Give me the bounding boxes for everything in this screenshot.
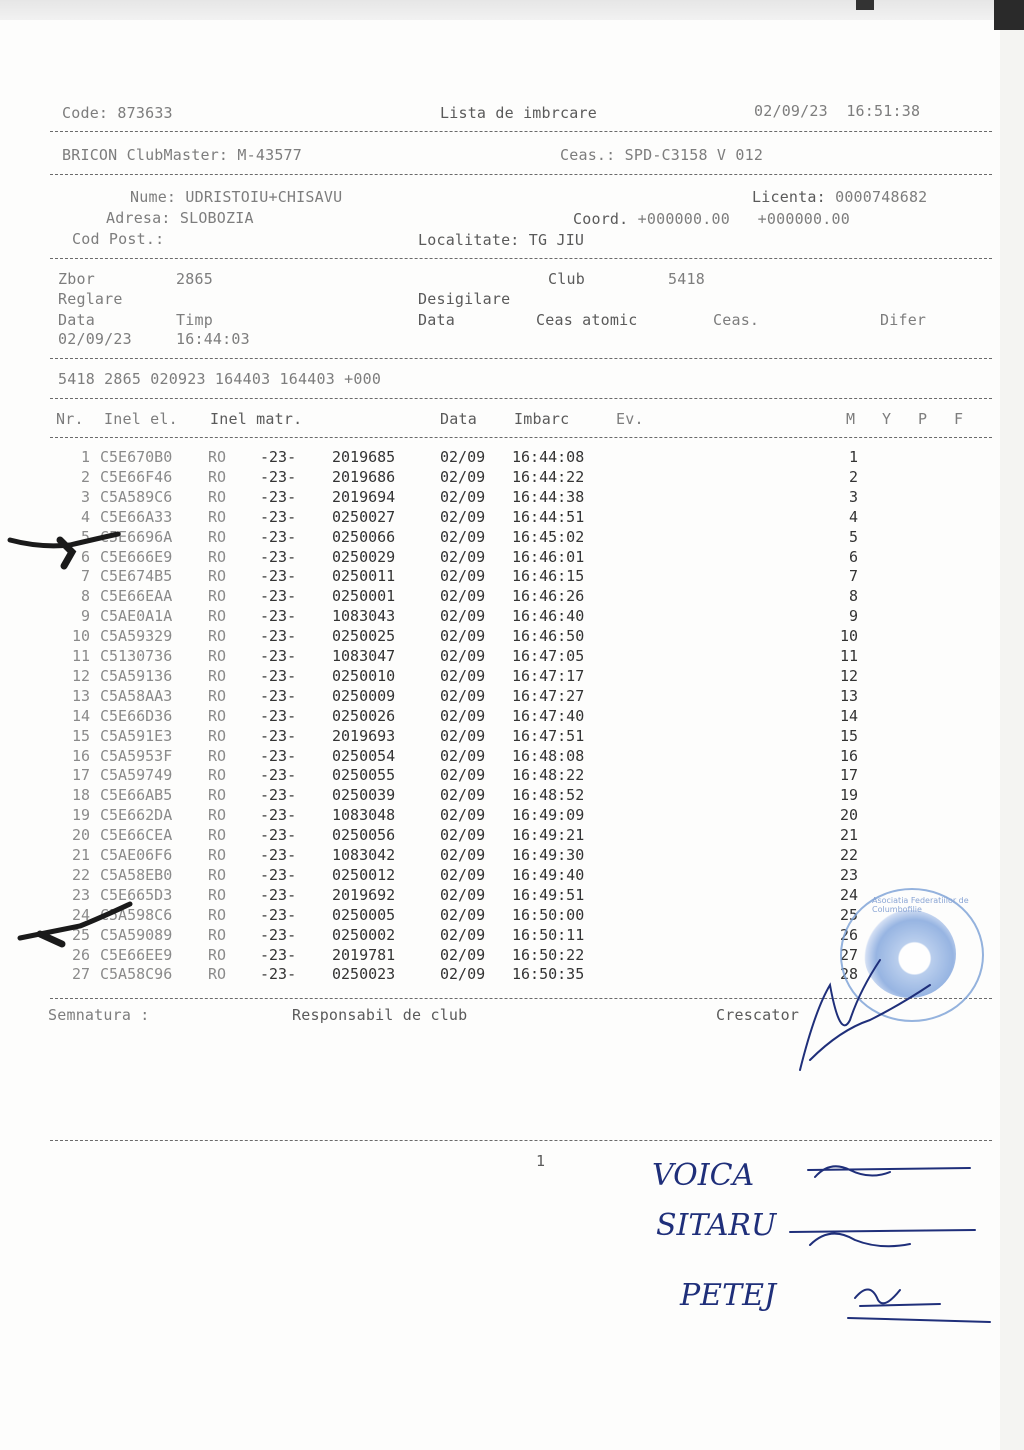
basket-date: 02/09 [440,548,485,566]
electronic-ring: C5130736 [100,647,172,665]
ring-year: -23- [260,448,296,466]
m-value: 13 [828,687,858,705]
country-code: RO [208,786,226,804]
setting-label: Reglare [58,290,123,308]
electronic-ring: C5E666E9 [100,548,172,566]
country-code: RO [208,567,226,585]
row-number: 4 [50,508,90,526]
basket-date: 02/09 [440,946,485,964]
ring-number: 2019686 [332,468,395,486]
row-number: 1 [50,448,90,466]
ring-number: 0250026 [332,707,395,725]
license-line: Licenta: 0000748682 [752,188,927,206]
ring-year: -23- [260,926,296,944]
code-label: Code: [62,104,108,122]
col-header-ev: Ev. [616,410,644,428]
ring-year: -23- [260,567,296,585]
basket-date: 02/09 [440,488,485,506]
ring-year: -23- [260,627,296,645]
ring-number: 2019781 [332,946,395,964]
basket-date: 02/09 [440,627,485,645]
signature-label: Semnatura : [48,1006,150,1024]
license-value: 0000748682 [835,188,927,206]
basket-time: 16:47:27 [512,687,584,705]
basket-time: 16:49:30 [512,846,584,864]
electronic-ring: C5E66A33 [100,508,172,526]
ring-year: -23- [260,747,296,765]
ring-number: 0250011 [332,567,395,585]
basket-date: 02/09 [440,528,485,546]
country-code: RO [208,548,226,566]
clock-label: Ceas.: [560,146,615,164]
row-number: 16 [50,747,90,765]
electronic-ring: C5E66AB5 [100,786,172,804]
basket-time: 16:49:09 [512,806,584,824]
row-number: 7 [50,567,90,585]
address-value: SLOBOZIA [180,209,254,227]
row-number: 8 [50,587,90,605]
row-number: 24 [50,906,90,924]
handwritten-name-1: VOICA [652,1158,754,1193]
ring-year: -23- [260,965,296,983]
basket-time: 16:47:05 [512,647,584,665]
club-responsible-label: Responsabil de club [292,1006,467,1024]
row-number: 18 [50,786,90,804]
ring-number: 0250066 [332,528,395,546]
device-value: M-43577 [237,146,302,164]
ring-year: -23- [260,548,296,566]
ring-year: -23- [260,528,296,546]
owner-name-label: Nume: [130,188,176,206]
row-number: 6 [50,548,90,566]
row-number: 2 [50,468,90,486]
col-header-p: P [918,410,927,428]
unseal-date-label: Data [418,311,455,329]
ring-number: 0250029 [332,548,395,566]
ring-year: -23- [260,687,296,705]
setting-date-label: Data [58,311,95,329]
basket-time: 16:46:26 [512,587,584,605]
col-header-date: Data [440,410,477,428]
ring-number: 2019692 [332,886,395,904]
ring-number: 0250039 [332,786,395,804]
club-value: 5418 [668,270,705,288]
basket-time: 16:47:40 [512,707,584,725]
basket-date: 02/09 [440,667,485,685]
ring-year: -23- [260,488,296,506]
ring-number: 0250002 [332,926,395,944]
electronic-ring: C5A598C6 [100,906,172,924]
row-number: 15 [50,727,90,745]
m-value: 22 [828,846,858,864]
basket-time: 16:44:51 [512,508,584,526]
ring-year: -23- [260,468,296,486]
divider [50,131,992,132]
basket-date: 02/09 [440,965,485,983]
m-value: 24 [828,886,858,904]
print-time: 16:51:38 [846,102,920,120]
basket-time: 16:50:22 [512,946,584,964]
clock-value: SPD-C3158 V 012 [625,146,763,164]
electronic-ring: C5AE06F6 [100,846,172,864]
basket-date: 02/09 [440,707,485,725]
country-code: RO [208,946,226,964]
difference-label: Difer [880,311,926,329]
row-number: 10 [50,627,90,645]
basket-date: 02/09 [440,906,485,924]
m-value: 9 [828,607,858,625]
col-header-ring-matr: Inel matr. [210,410,302,428]
ring-year: -23- [260,508,296,526]
postal-line: Cod Post.: [72,230,174,248]
basket-date: 02/09 [440,826,485,844]
ring-year: -23- [260,806,296,824]
ring-number: 1083042 [332,846,395,864]
address-line: Adresa: SLOBOZIA [106,209,254,227]
row-number: 20 [50,826,90,844]
basket-date: 02/09 [440,647,485,665]
m-value: 3 [828,488,858,506]
electronic-ring: C5A58C96 [100,965,172,983]
ring-number: 2019685 [332,448,395,466]
m-value: 2 [828,468,858,486]
electronic-ring: C5A59089 [100,926,172,944]
country-code: RO [208,846,226,864]
ring-number: 0250005 [332,906,395,924]
print-date: 02/09/23 [754,102,828,120]
divider [50,174,992,175]
country-code: RO [208,886,226,904]
col-header-y: Y [882,410,891,428]
basket-time: 16:46:50 [512,627,584,645]
electronic-ring: C5E662DA [100,806,172,824]
stamp-emblem-icon [864,910,956,998]
basket-date: 02/09 [440,508,485,526]
m-value: 23 [828,866,858,884]
m-value: 1 [828,448,858,466]
ring-number: 1083048 [332,806,395,824]
electronic-ring: C5A5953F [100,747,172,765]
row-number: 12 [50,667,90,685]
m-value: 20 [828,806,858,824]
country-code: RO [208,926,226,944]
ring-year: -23- [260,707,296,725]
country-code: RO [208,826,226,844]
license-label: Licenta: [752,188,826,206]
row-number: 27 [50,965,90,983]
ring-year: -23- [260,667,296,685]
coord-lon: +000000.00 [758,210,850,228]
ring-year: -23- [260,946,296,964]
scan-edge-shadow [994,0,1024,30]
print-timestamp: 02/09/23 16:51:38 [754,102,920,120]
setting-time: 16:44:03 [176,330,250,348]
electronic-ring: C5A59136 [100,667,172,685]
basket-time: 16:47:51 [512,727,584,745]
device-line: BRICON ClubMaster: M-43577 [62,146,302,164]
basket-time: 16:50:35 [512,965,584,983]
owner-name-line: Nume: UDRISTOIU+CHISAVU [130,188,342,206]
electronic-ring: C5E66D36 [100,707,172,725]
basket-date: 02/09 [440,866,485,884]
divider [50,258,992,259]
basket-date: 02/09 [440,607,485,625]
country-code: RO [208,687,226,705]
divider [50,358,992,359]
col-header-basketing: Imbarc [514,410,569,428]
ring-year: -23- [260,906,296,924]
m-value: 19 [828,786,858,804]
basket-date: 02/09 [440,846,485,864]
ring-year: -23- [260,587,296,605]
country-code: RO [208,965,226,983]
flight-value: 2865 [176,270,213,288]
basket-date: 02/09 [440,567,485,585]
m-value: 8 [828,587,858,605]
col-header-f: F [954,410,963,428]
ring-year: -23- [260,846,296,864]
ring-year: -23- [260,727,296,745]
row-number: 23 [50,886,90,904]
ring-number: 0250012 [332,866,395,884]
basket-time: 16:49:21 [512,826,584,844]
country-code: RO [208,468,226,486]
ring-year: -23- [260,766,296,784]
country-code: RO [208,766,226,784]
divider [50,437,992,438]
device-label: BRICON ClubMaster: [62,146,228,164]
basket-date: 02/09 [440,468,485,486]
country-code: RO [208,707,226,725]
electronic-ring: C5E66CEA [100,826,172,844]
m-value: 14 [828,707,858,725]
coord-lat: +000000.00 [638,210,730,228]
postal-label: Cod Post.: [72,230,164,248]
ring-year: -23- [260,607,296,625]
basket-time: 16:48:08 [512,747,584,765]
country-code: RO [208,866,226,884]
ring-number: 1083047 [332,647,395,665]
col-header-ring-el: Inel el. [104,410,178,428]
country-code: RO [208,806,226,824]
ring-number: 0250054 [332,747,395,765]
basket-time: 16:48:22 [512,766,584,784]
electronic-ring: C5E674B5 [100,567,172,585]
atomic-clock-label: Ceas atomic [536,311,638,329]
country-code: RO [208,508,226,526]
m-value: 5 [828,528,858,546]
city-label: Localitate: [418,231,520,249]
electronic-ring: C5E6696A [100,528,172,546]
page-number: 1 [536,1152,545,1170]
row-number: 19 [50,806,90,824]
basket-time: 16:50:11 [512,926,584,944]
country-code: RO [208,528,226,546]
electronic-ring: C5A58AA3 [100,687,172,705]
divider [50,998,992,999]
clock-label: Ceas. [713,311,759,329]
coord-label: Coord. [573,210,628,228]
electronic-ring: C5A58EB0 [100,866,172,884]
ring-number: 0250009 [332,687,395,705]
divider [50,1140,992,1141]
basket-date: 02/09 [440,886,485,904]
ring-number: 0250023 [332,965,395,983]
electronic-ring: C5E665D3 [100,886,172,904]
country-code: RO [208,607,226,625]
ring-number: 0250056 [332,826,395,844]
ring-year: -23- [260,786,296,804]
electronic-ring: C5A59329 [100,627,172,645]
ring-number: 0250001 [332,587,395,605]
ring-year: -23- [260,886,296,904]
handwritten-name-3: PETEJ [680,1278,776,1313]
owner-name: UDRISTOIU+CHISAVU [185,188,342,206]
electronic-ring: C5E66EE9 [100,946,172,964]
country-code: RO [208,587,226,605]
basket-date: 02/09 [440,687,485,705]
row-number: 13 [50,687,90,705]
basket-date: 02/09 [440,806,485,824]
basket-date: 02/09 [440,766,485,784]
basket-time: 16:44:22 [512,468,584,486]
ring-number: 2019693 [332,727,395,745]
m-value: 6 [828,548,858,566]
row-number: 9 [50,607,90,625]
basket-date: 02/09 [440,727,485,745]
electronic-ring: C5A589C6 [100,488,172,506]
basket-date: 02/09 [440,747,485,765]
country-code: RO [208,727,226,745]
ring-year: -23- [260,866,296,884]
row-number: 3 [50,488,90,506]
ring-year: -23- [260,647,296,665]
country-code: RO [208,627,226,645]
basket-time: 16:49:51 [512,886,584,904]
m-value: 12 [828,667,858,685]
basket-time: 16:46:40 [512,607,584,625]
col-header-m: M [846,410,855,428]
m-value: 4 [828,508,858,526]
country-code: RO [208,647,226,665]
basket-time: 16:48:52 [512,786,584,804]
setting-time-label: Timp [176,311,213,329]
row-number: 14 [50,707,90,725]
country-code: RO [208,448,226,466]
address-label: Adresa: [106,209,171,227]
basket-time: 16:45:02 [512,528,584,546]
ring-number: 1083043 [332,607,395,625]
electronic-ring: C5E670B0 [100,448,172,466]
coord-line: Coord. +000000.00 +000000.00 [573,210,850,228]
row-number: 21 [50,846,90,864]
clock-line: Ceas.: SPD-C3158 V 012 [560,146,763,164]
basket-date: 02/09 [440,786,485,804]
electronic-ring: C5A59749 [100,766,172,784]
flight-summary-line: 5418 2865 020923 164403 164403 +000 [58,370,381,388]
city-value: TG JIU [529,231,584,249]
basket-time: 16:44:38 [512,488,584,506]
handwritten-name-2: SITARU [656,1208,776,1243]
basket-time: 16:47:17 [512,667,584,685]
basket-time: 16:44:08 [512,448,584,466]
divider [50,398,992,399]
m-value: 15 [828,727,858,745]
m-value: 16 [828,747,858,765]
row-number: 22 [50,866,90,884]
country-code: RO [208,667,226,685]
ring-number: 0250010 [332,667,395,685]
country-code: RO [208,747,226,765]
basket-date: 02/09 [440,448,485,466]
row-number: 5 [50,528,90,546]
country-code: RO [208,906,226,924]
code-value: 873633 [117,104,172,122]
col-header-nr: Nr. [56,410,84,428]
club-label: Club [548,270,585,288]
ring-number: 0250025 [332,627,395,645]
m-value: 11 [828,647,858,665]
electronic-ring: C5E66EAA [100,587,172,605]
document-title: Lista de imbrcare [440,104,597,122]
row-number: 26 [50,946,90,964]
basket-time: 16:46:15 [512,567,584,585]
row-number: 11 [50,647,90,665]
m-value: 10 [828,627,858,645]
basket-time: 16:49:40 [512,866,584,884]
ring-number: 2019694 [332,488,395,506]
basket-time: 16:50:00 [512,906,584,924]
setting-date: 02/09/23 [58,330,132,348]
basket-date: 02/09 [440,926,485,944]
country-code: RO [208,488,226,506]
electronic-ring: C5A591E3 [100,727,172,745]
basket-date: 02/09 [440,587,485,605]
scan-edge-shadow [856,0,874,10]
electronic-ring: C5E66F46 [100,468,172,486]
code-line: Code: 873633 [62,104,173,122]
m-value: 7 [828,567,858,585]
city-line: Localitate: TG JIU [418,231,584,249]
electronic-ring: C5AE0A1A [100,607,172,625]
m-value: 21 [828,826,858,844]
row-number: 17 [50,766,90,784]
ring-year: -23- [260,826,296,844]
flight-label: Zbor [58,270,95,288]
ring-number: 0250055 [332,766,395,784]
unseal-label: Desigilare [418,290,510,308]
m-value: 17 [828,766,858,784]
ring-number: 0250027 [332,508,395,526]
stamp-text: Asociatia Federatiilor de Columbofilie [872,896,982,914]
official-stamp: Asociatia Federatiilor de Columbofilie [840,888,984,1022]
basket-time: 16:46:01 [512,548,584,566]
breeder-label: Crescator [716,1006,799,1024]
row-number: 25 [50,926,90,944]
